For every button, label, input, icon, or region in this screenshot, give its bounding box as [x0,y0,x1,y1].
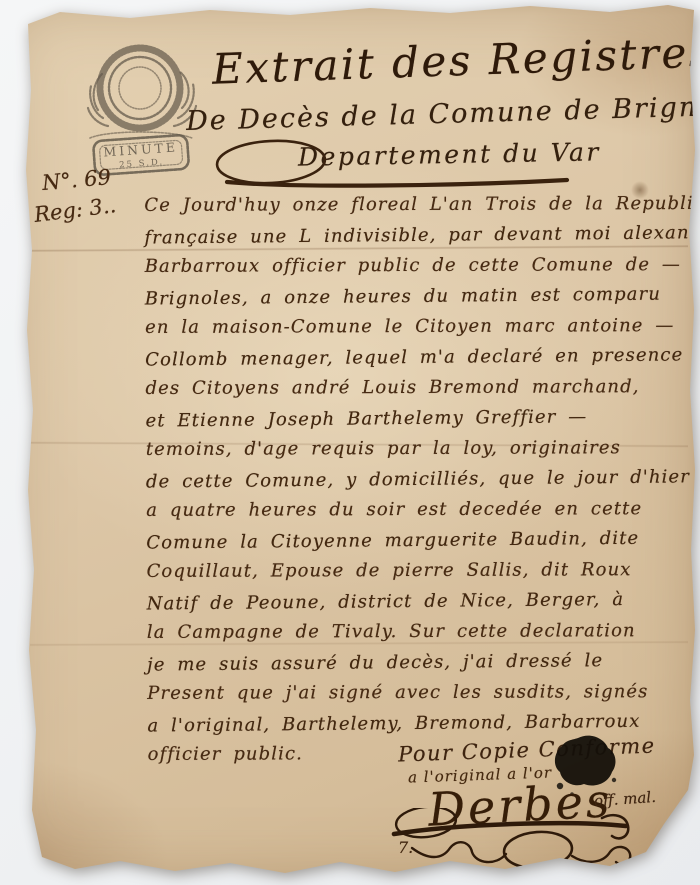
paper-shadow: MINUTE 25 S.D. Extrait des Registres De … [0,0,700,885]
manuscript-line: Brignoles, a onze heures du matin est co… [145,283,673,319]
signature-title: off. mal. [593,788,656,810]
manuscript-line: et Etienne Joseph Barthelemy Greffier — [145,405,673,441]
manuscript-line: Barbarroux officier public de cette Comu… [145,254,673,286]
manuscript-line: des Citoyens andré Louis Bremond marchan… [145,376,673,408]
manuscript-line: française une L indivisible, par devant … [144,222,672,258]
document-department: Departement du Var [298,137,601,171]
manuscript-line: Present que j'ai signé avec les susdits,… [147,681,675,713]
document-subtitle: De Decès de la Comune de Brignoles [186,90,700,137]
manuscript-line: en la maison-Comune le Citoyen marc anto… [145,315,673,347]
manuscript-line: je me suis assuré du decès, j'ai dressé … [147,649,675,685]
manuscript-line: a quatre heures du soir est decedée en c… [146,498,674,530]
stamp-banner-top: MINUTE [103,139,179,159]
document-paper: MINUTE 25 S.D. Extrait des Registres De … [0,0,700,885]
manuscript-line: temoins, d'age requis par la loy, origin… [146,437,674,469]
manuscript-line: Comune la Citoyenne marguerite Baudin, d… [146,527,674,563]
manuscript-body: Ce Jourd'huy onze floreal L'an Trois de … [144,192,676,775]
manuscript-line: de cette Comune, y domicilliés, que le j… [146,466,674,502]
manuscript-line: Collomb menager, lequel m'a declaré en p… [145,344,673,380]
document-title: Extrait des Registres [211,27,700,93]
manuscript-line: Ce Jourd'huy onze floreal L'an Trois de … [144,193,672,225]
margin-act-number: N°. 69 [41,165,112,195]
manuscript-line: la Campagne de Tivaly. Sur cette declara… [147,620,675,652]
margin-register-number: Reg: 3.. [33,193,117,227]
paraph-mark: 7. [398,838,413,857]
stamp-banner-bottom: 25 S.D. [119,157,165,170]
manuscript-line: Coquillaut, Epouse de pierre Sallis, dit… [147,559,675,591]
signature-name: Derbes [427,773,614,837]
manuscript-line: Natif de Peoune, district de Nice, Berge… [147,588,675,624]
scan-background: MINUTE 25 S.D. Extrait des Registres De … [0,0,700,885]
